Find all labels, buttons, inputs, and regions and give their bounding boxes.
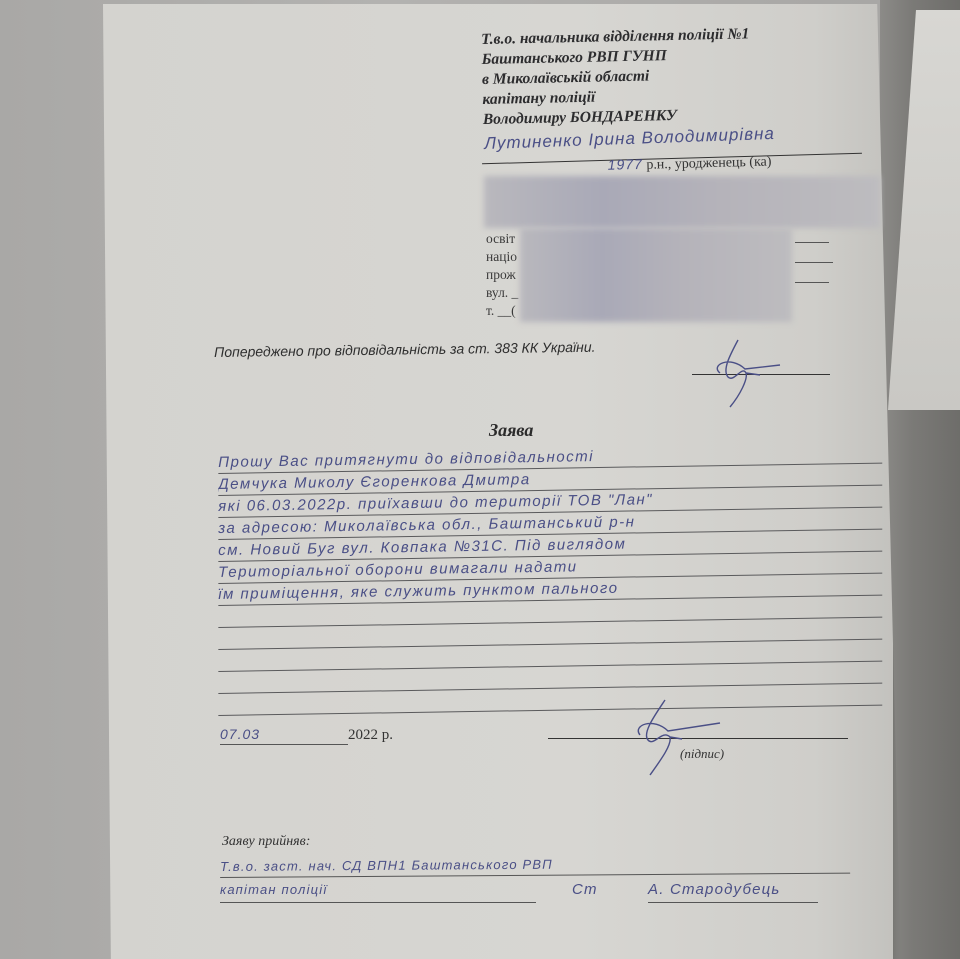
field-nationality-label: націо (486, 248, 518, 266)
redacted-area (520, 228, 792, 322)
date-row: 07.032022 р. (220, 726, 393, 745)
applicant-signature-icon (700, 335, 800, 410)
field-street-label: вул. _ (486, 284, 518, 302)
birth-suffix: р.н., уродженець (ка) (646, 154, 771, 172)
applicant-signature-icon (620, 695, 730, 780)
officer-name: А. Стародубець (648, 878, 818, 903)
date-year: 2022 р. (348, 727, 393, 743)
document-title: Заява (489, 420, 533, 441)
field-phone-label: т. __( (486, 302, 518, 320)
field-dash (795, 282, 829, 283)
field-dash (795, 262, 833, 263)
officer-rank-row: капітан поліції Ст А. Стародубець (220, 878, 850, 900)
accepted-block: Т.в.о. заст. нач. СД ВПН1 Баштанського Р… (220, 855, 850, 900)
statement-body: Прошу Вас притягнути до відповідальності… (218, 452, 882, 716)
addressee-block: Т.в.о. начальника відділення поліції №1 … (481, 24, 751, 130)
redacted-area (484, 176, 880, 228)
field-residence-label: прож (486, 266, 518, 284)
date-handwritten: 07.03 (220, 726, 260, 742)
field-dash (795, 242, 829, 243)
officer-position: Т.в.о. заст. нач. СД ВПН1 Баштанського Р… (220, 851, 850, 878)
officer-rank: капітан поліції (220, 878, 536, 903)
field-education-label: освіт (486, 230, 518, 248)
applicant-fields: освіт націо прож вул. _ т. __( (486, 230, 518, 320)
signature-caption: (підпис) (680, 746, 724, 762)
officer-signature: Ст (572, 878, 598, 902)
accepted-label: Заяву прийняв: (222, 834, 310, 850)
birth-year: 1977 (607, 156, 643, 173)
